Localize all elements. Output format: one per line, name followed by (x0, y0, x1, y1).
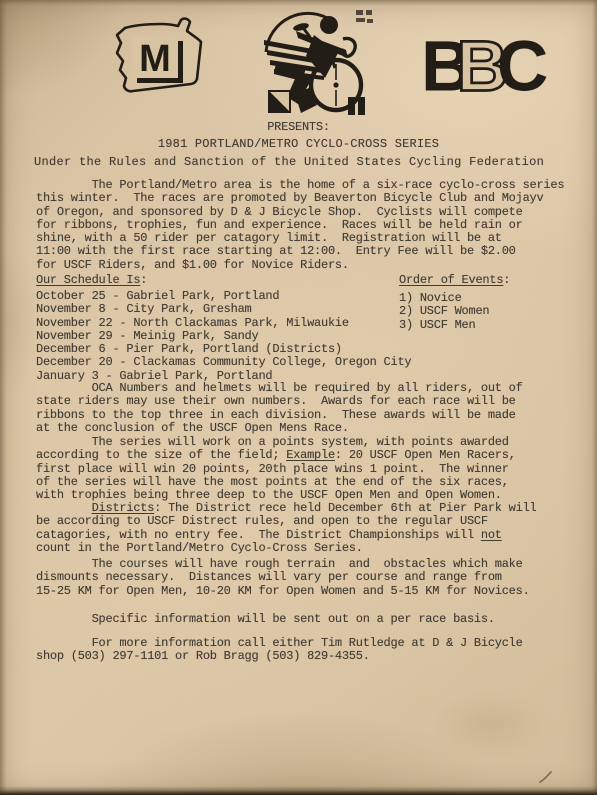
scanned-flyer-page: M (0, 0, 597, 795)
paper-stain (430, 690, 550, 760)
paragraph-specific-info: Specific information will be sent out on… (36, 613, 495, 626)
cyclocross-rider-icon (258, 6, 376, 120)
presents-line: PRESENTS: (0, 121, 597, 134)
scan-edge-bottom (0, 786, 597, 795)
text-segment: Order of Events (399, 273, 503, 287)
schedule-list: October 25 - Gabriel Park, PortlandNovem… (36, 290, 411, 383)
list-line: November 29 - Meinig Park, Sandy (36, 330, 411, 343)
scan-edge-top (0, 0, 597, 6)
text-segment (36, 501, 92, 515)
paragraph-oca: OCA Numbers and helmets will be required… (36, 382, 523, 435)
text-segment: : (503, 273, 510, 287)
bbc-logo: B B C (421, 26, 559, 102)
text-segment: : (140, 273, 147, 287)
paragraph-courses: The courses will have rough terrain and … (36, 558, 530, 598)
bbc-letter-c: C (497, 26, 548, 102)
metro-logo-letter: M (139, 38, 171, 80)
text-segment: not (481, 528, 502, 542)
paragraph-points-series: The series will work on a points system,… (36, 436, 516, 502)
stamp-mark-icon (356, 10, 373, 23)
text-segment: Our Schedule Is (36, 273, 140, 287)
paragraph-contact: For more information call either Tim Rut… (36, 637, 523, 664)
schedule-heading: Our Schedule Is: (36, 274, 147, 287)
metro-oregon-logo: M (101, 14, 219, 106)
list-line: 1) Novice (399, 292, 489, 305)
order-of-events-list: 1) Novice2) USCF Women3) USCF Men (399, 292, 489, 332)
list-line: November 22 - North Clackamas Park, Milw… (36, 317, 411, 330)
list-line: 2) USCF Women (399, 305, 489, 318)
list-line: October 25 - Gabriel Park, Portland (36, 290, 411, 303)
scan-edge-right (592, 0, 597, 795)
page-title: 1981 PORTLAND/METRO CYCLO-CROSS SERIES (0, 138, 597, 151)
list-line: November 8 - City Park, Gresham (36, 303, 411, 316)
scan-edge-left (0, 0, 7, 795)
list-line: December 6 - Pier Park, Portland (Distri… (36, 343, 411, 356)
text-segment: Example (286, 448, 335, 462)
text-segment: count in the Portland/Metro Cyclo-Cross … (36, 541, 363, 555)
paragraph-intro: The Portland/Metro area is the home of a… (36, 179, 564, 272)
bbc-letters-icon: B B C (421, 26, 559, 102)
list-line: 3) USCF Men (399, 319, 489, 332)
oregon-outline-icon: M (101, 14, 219, 106)
list-line: December 20 - Clackamas Community Colleg… (36, 356, 411, 369)
paragraph-districts: Districts: The District rece held Decemb… (36, 502, 537, 555)
text-segment: Districts (92, 501, 155, 515)
order-of-events-heading: Order of Events: (399, 274, 510, 287)
sanction-line: Under the Rules and Sanction of the Unit… (34, 156, 544, 169)
cyclist-logo (258, 6, 376, 120)
